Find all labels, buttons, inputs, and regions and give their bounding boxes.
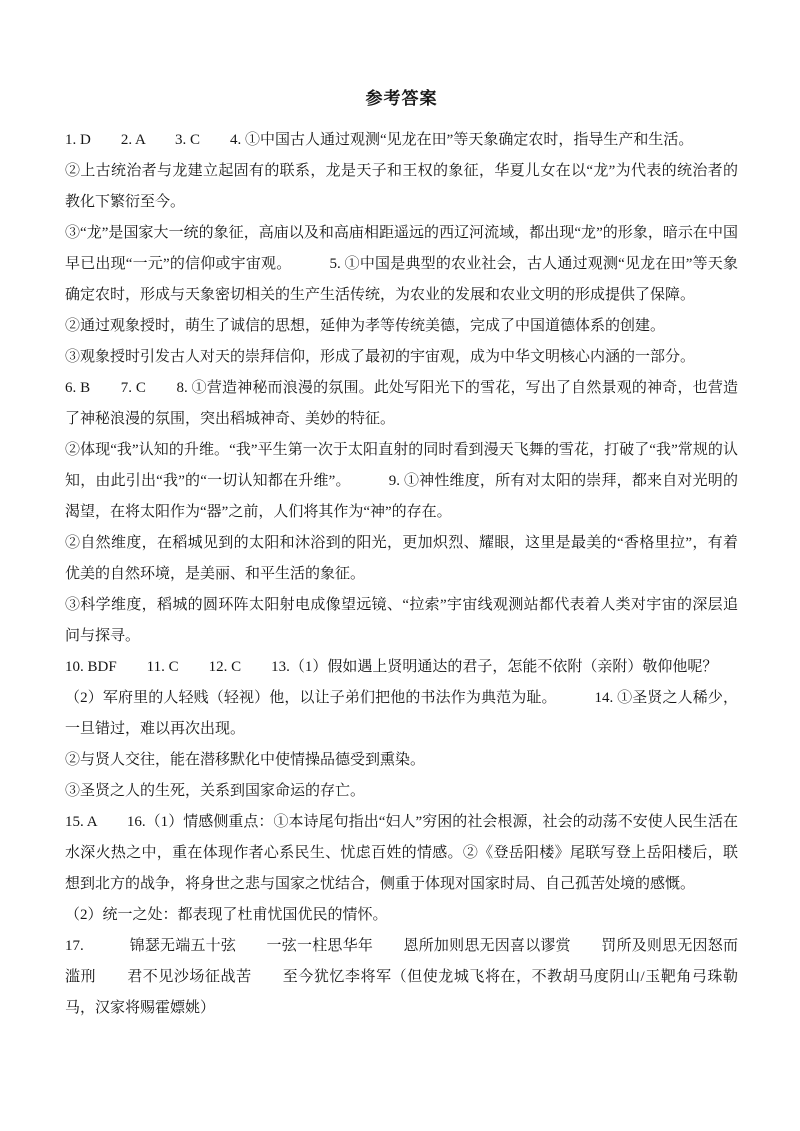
answer-paragraph-q1-4: 1. D 2. A 3. C 4. ①中国古人通过观测“见龙在田”等天象确定农时…: [65, 125, 738, 156]
answer-paragraph-q16-2: （2）统一之处：都表现了杜甫忧国优民的情怀。: [65, 900, 738, 931]
page-title: 参考答案: [65, 86, 738, 111]
answer-paragraph-q14-3: ③圣贤之人的生死，关系到国家命运的存亡。: [65, 776, 738, 807]
answer-paragraph-q4-2: ②上古统治者与龙建立起固有的联系，龙是天子和王权的象征，华夏儿女在以“龙”为代表…: [65, 156, 738, 218]
answer-paragraph-q4-3-q5: ③“龙”是国家大一统的象征，高庙以及和高庙相距遥远的西辽河流域，都出现“龙”的形…: [65, 218, 738, 311]
answer-paragraph-q8-2-q9: ②体现“我”认知的升维。“我”平生第一次于太阳直射的同时看到漫天飞舞的雪花，打破…: [65, 435, 738, 528]
answer-paragraph-q17: 17. 锦瑟无端五十弦 一弦一柱思华年 恩所加则思无因喜以谬赏 罚所及则思无因怒…: [65, 931, 738, 1024]
answer-sheet-page: 参考答案 1. D 2. A 3. C 4. ①中国古人通过观测“见龙在田”等天…: [0, 0, 800, 1131]
answer-paragraph-q14-2: ②与贤人交往，能在潜移默化中使情操品德受到熏染。: [65, 745, 738, 776]
answer-paragraph-q10-13: 10. BDF 11. C 12. C 13.（1）假如遇上贤明通达的君子，怎能…: [65, 652, 738, 683]
answer-paragraph-q9-2: ②自然维度，在稻城见到的太阳和沐浴到的阳光，更加炽烈、耀眼，这里是最美的“香格里…: [65, 528, 738, 590]
answer-paragraph-q5-2: ②通过观象授时，萌生了诚信的思想，延伸为孝等传统美德，完成了中国道德体系的创建。: [65, 311, 738, 342]
answer-paragraph-q5-3: ③观象授时引发古人对天的崇拜信仰，形成了最初的宇宙观，成为中华文明核心内涵的一部…: [65, 342, 738, 373]
answer-paragraph-q15-16: 15. A 16.（1）情感侧重点：①本诗尾句指出“妇人”穷困的社会根源，社会的…: [65, 807, 738, 900]
answer-paragraph-q13-2-q14: （2）军府里的人轻贱（轻视）他，以让子弟们把他的书法作为典范为耻。 14. ①圣…: [65, 683, 738, 745]
answer-paragraph-q9-3: ③科学维度，稻城的圆环阵太阳射电成像望远镜、“拉索”宇宙线观测站都代表着人类对宇…: [65, 590, 738, 652]
answer-paragraph-q6-8: 6. B 7. C 8. ①营造神秘而浪漫的氛围。此处写阳光下的雪花，写出了自然…: [65, 373, 738, 435]
